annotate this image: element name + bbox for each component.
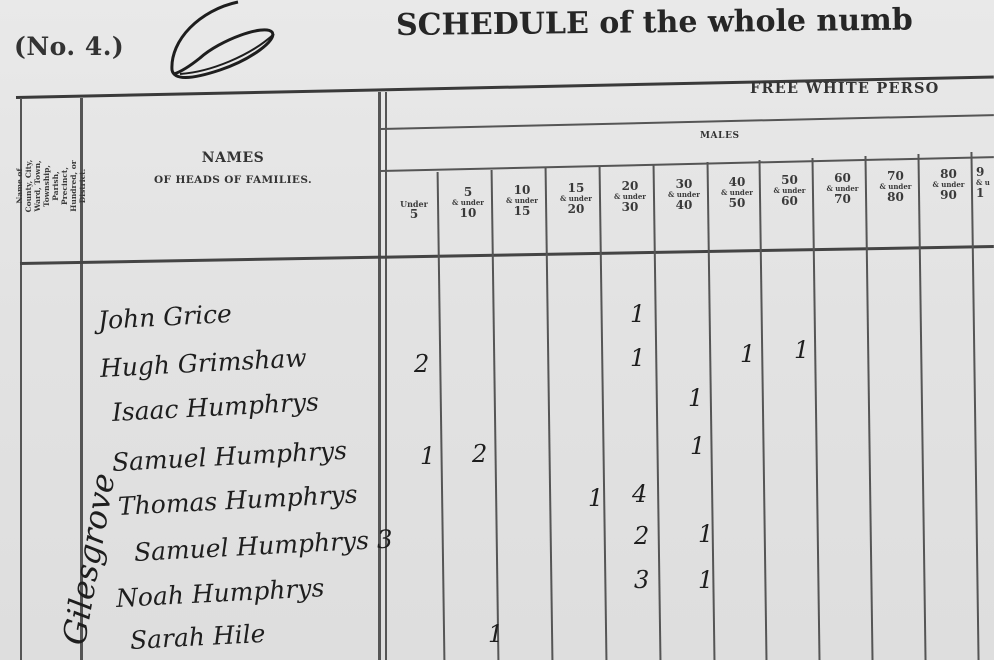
age-header-10-15: 10 & under 15 bbox=[496, 184, 548, 218]
schedule-title: SCHEDULE of the whole numb bbox=[396, 3, 913, 43]
age-col-divider bbox=[811, 158, 820, 660]
head-of-family-name: Hugh Grimshaw bbox=[99, 343, 307, 383]
age-header-70-80: 70 & under 80 bbox=[870, 170, 921, 204]
head-of-family-name: Noah Humphrys bbox=[115, 573, 325, 613]
tally-under-5: 2 bbox=[414, 350, 429, 378]
county-entry: Gilesgrove bbox=[22, 470, 112, 650]
age-header-30-40: 30 & under 40 bbox=[658, 178, 710, 212]
age-header-80-90: 80 & under 90 bbox=[923, 168, 974, 202]
head-of-family-name: Isaac Humphrys bbox=[111, 387, 319, 427]
tally-40-50: 1 bbox=[740, 340, 755, 368]
tally-30-40: 1 bbox=[698, 566, 713, 594]
names-header-subtitle: OF HEADS OF FAMILIES. bbox=[88, 174, 378, 186]
header-bottom-border bbox=[20, 245, 994, 264]
tally-30-40: 1 bbox=[688, 384, 703, 412]
tally-under-5: 1 bbox=[420, 442, 435, 470]
tally-20-30: 1 bbox=[630, 300, 645, 328]
census-page: (No. 4.) SCHEDULE of the whole numb Name… bbox=[0, 0, 994, 660]
free-white-persons-header: FREE WHITE PERSO bbox=[750, 80, 939, 97]
age-col-divider bbox=[917, 154, 926, 660]
age-col-divider bbox=[970, 152, 979, 660]
tally-15-20: 1 bbox=[588, 484, 603, 512]
age-header-60-70: 60 & under 70 bbox=[817, 172, 868, 206]
males-header: MALES bbox=[700, 131, 740, 141]
age-header-15-20: 15 & under 20 bbox=[550, 182, 602, 216]
tally-30-40: 1 bbox=[698, 520, 713, 548]
age-col-divider bbox=[437, 172, 445, 660]
age-header-90-100: 9 & u 1 bbox=[976, 166, 994, 200]
age-header-under-5: Under 5 bbox=[388, 200, 440, 221]
names-header-title: NAMES bbox=[88, 150, 378, 166]
age-col-divider bbox=[545, 168, 553, 660]
names-column-header: NAMES OF HEADS OF FAMILIES. bbox=[88, 150, 378, 186]
county-column-header: Name of County, City, Ward, Town, Townsh… bbox=[22, 103, 80, 268]
tally-20-30: 3 bbox=[634, 566, 649, 594]
age-col-divider bbox=[759, 160, 768, 660]
tally-20-30: 2 bbox=[634, 522, 649, 550]
tally-20-30: 1 bbox=[630, 344, 645, 372]
tally-20-30: 4 bbox=[632, 480, 647, 508]
head-of-family-name: John Grice bbox=[97, 299, 232, 335]
section-divider bbox=[380, 114, 994, 130]
age-header-40-50: 40 & under 50 bbox=[712, 176, 762, 210]
tally-10-15: 1 bbox=[488, 620, 503, 648]
age-col-divider bbox=[653, 164, 662, 660]
head-of-family-name: Samuel Humphrys bbox=[111, 436, 347, 477]
names-col-divider-2 bbox=[385, 92, 387, 660]
age-col-divider bbox=[864, 156, 873, 660]
tally-50-60: 1 bbox=[794, 336, 809, 364]
form-number: (No. 4.) bbox=[14, 32, 124, 61]
tally-30-40: 1 bbox=[690, 432, 705, 460]
names-col-divider bbox=[378, 92, 381, 660]
page-number-mark bbox=[160, 0, 280, 82]
age-col-divider bbox=[491, 170, 499, 660]
head-of-family-name: Samuel Humphrys 3 bbox=[133, 524, 393, 567]
age-col-divider bbox=[599, 166, 607, 660]
age-header-50-60: 50 & under 60 bbox=[764, 174, 815, 208]
head-of-family-name: Thomas Humphrys bbox=[117, 479, 358, 521]
age-header-5-10: 5 & under 10 bbox=[442, 186, 494, 220]
tally-5-10: 2 bbox=[472, 440, 487, 468]
age-header-20-30: 20 & under 30 bbox=[604, 180, 656, 214]
head-of-family-name: Sarah Hile bbox=[129, 619, 266, 655]
